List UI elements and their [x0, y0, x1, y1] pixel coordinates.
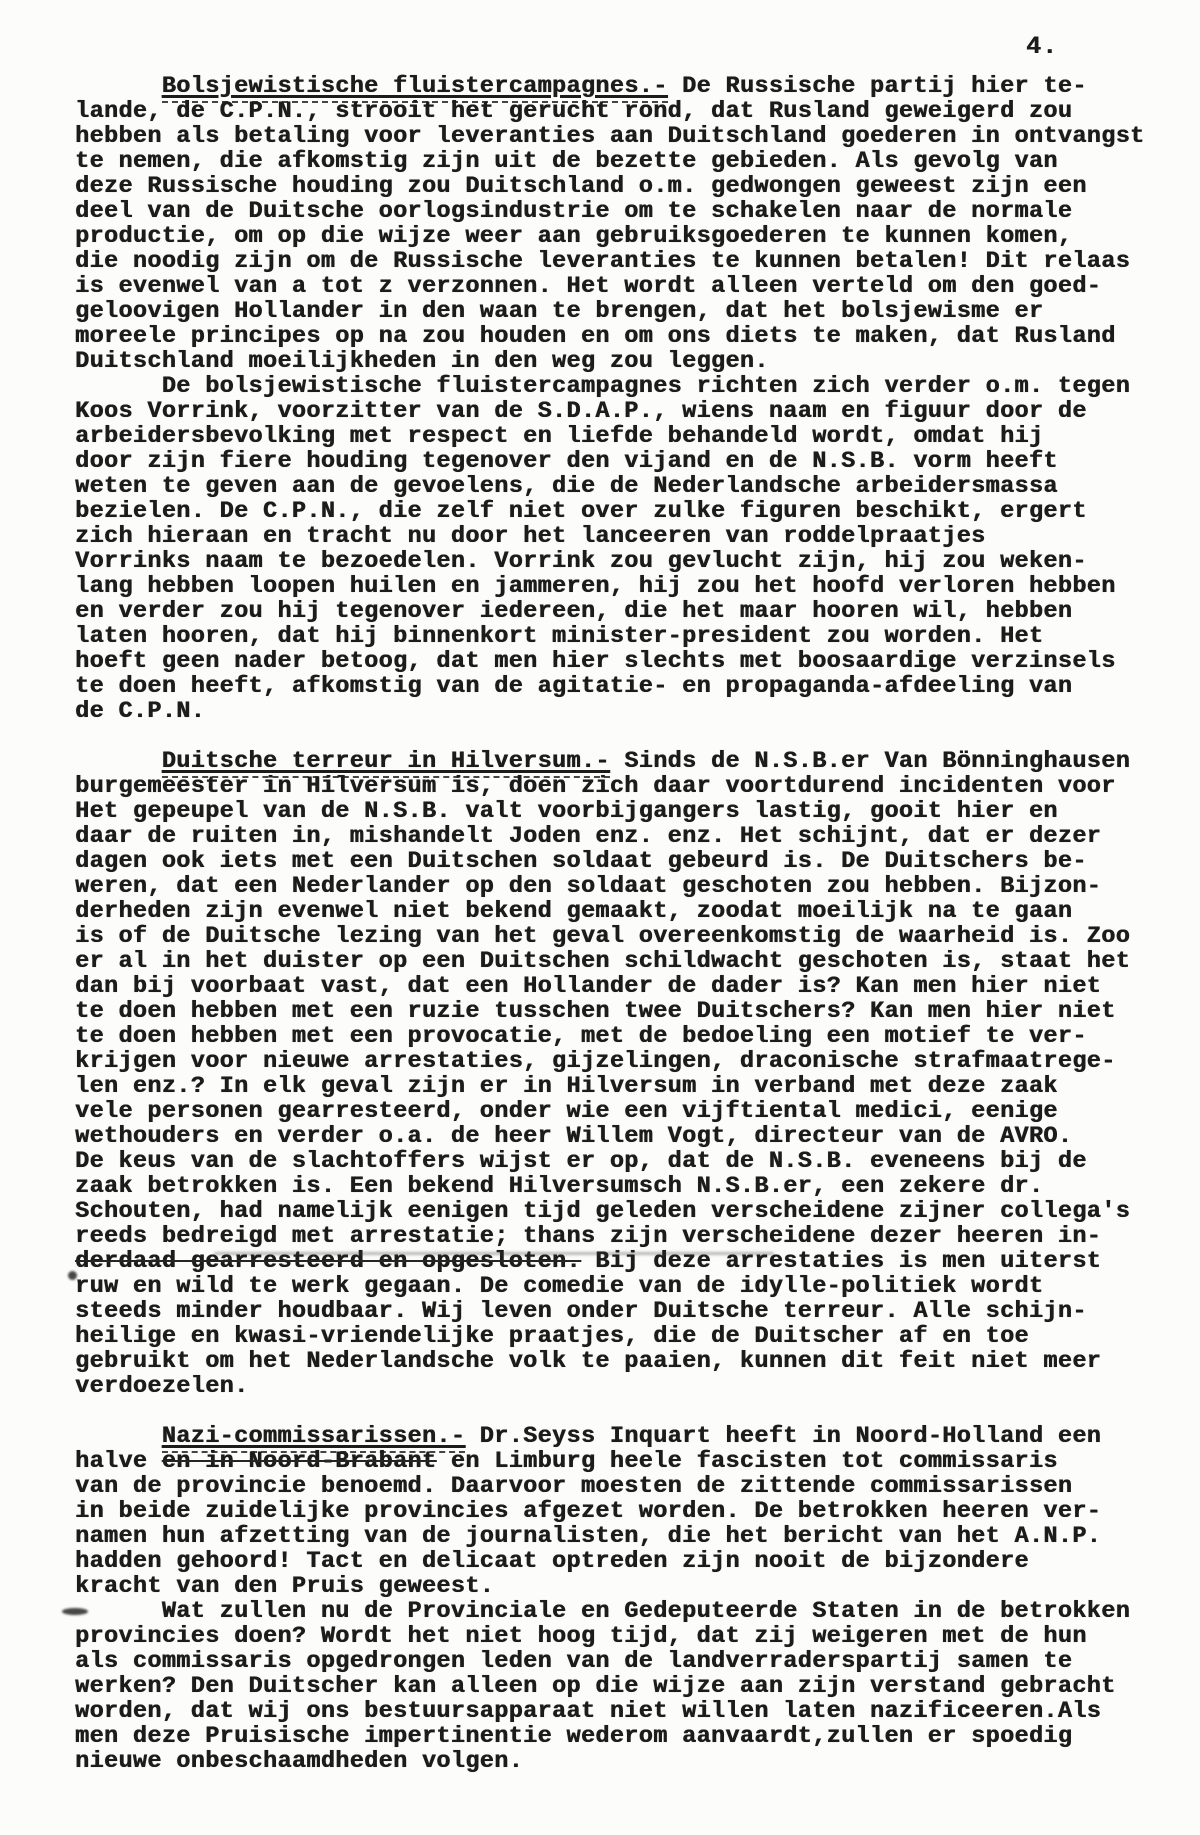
document-line: steeds minder houdbaar. Wij leven onder …	[75, 1299, 1175, 1324]
body-text: krijgen voor nieuwe arrestaties, gijzeli…	[75, 1048, 1116, 1075]
body-text: gebruikt om het Nederlandsche volk te pa…	[75, 1348, 1101, 1375]
body-text: men deze Pruisische impertinentie wedero…	[75, 1723, 1072, 1750]
document-line: De keus van de slachtoffers wijst er op,…	[75, 1149, 1175, 1174]
document-line: halve en in Noord-Brabant en Limburg hee…	[75, 1449, 1175, 1474]
document-line: hoeft geen nader betoog, dat men hier sl…	[75, 649, 1175, 674]
document-line: burgemeester in Hilversum is, doen zich …	[75, 774, 1175, 799]
body-text: is evenwel van a tot z verzonnen. Het wo…	[75, 273, 1101, 300]
body-text: steeds minder houdbaar. Wij leven onder …	[75, 1298, 1087, 1325]
document-line: te nemen, die afkomstig zijn uit de beze…	[75, 149, 1175, 174]
body-text	[75, 748, 162, 775]
document-line: productie, om op die wijze weer aan gebr…	[75, 224, 1175, 249]
document-line: len enz.? In elk geval zijn er in Hilver…	[75, 1074, 1175, 1099]
document-line: Duitsche terreur in Hilversum.- Sinds de…	[75, 749, 1175, 774]
body-text: die noodig zijn om de Russische leverant…	[75, 248, 1130, 275]
document-line: reeds bedreigd met arrestatie; thans zij…	[75, 1224, 1175, 1249]
body-text: te doen hebben met een ruzie tusschen tw…	[75, 998, 1116, 1025]
document-line: vele personen gearresteerd, onder wie ee…	[75, 1099, 1175, 1124]
document-line: geloovigen Hollander in den waan te bren…	[75, 299, 1175, 324]
document-line: verdoezelen.	[75, 1374, 1175, 1399]
body-text: dan bij voorbaat vast, dat een Hollander…	[75, 973, 1101, 1000]
document-line: is evenwel van a tot z verzonnen. Het wo…	[75, 274, 1175, 299]
ink-smudge	[62, 1608, 88, 1615]
body-text: geloovigen Hollander in den waan te bren…	[75, 298, 1043, 325]
body-text: zich hieraan en tracht nu door het lance…	[75, 523, 986, 550]
body-text: er al in het duister op een Duitschen sc…	[75, 948, 1130, 975]
body-text: verdoezelen.	[75, 1373, 248, 1400]
body-text: ruw en wild te werk gegaan. De comedie v…	[75, 1273, 1043, 1300]
body-text: Het gepeupel van de N.S.B. valt voorbijg…	[75, 798, 1058, 825]
document-line: namen hun afzetting van de journalisten,…	[75, 1524, 1175, 1549]
body-text: Schouten, had namelijk eenigen tijd gele…	[75, 1198, 1130, 1225]
document-line: krijgen voor nieuwe arrestaties, gijzeli…	[75, 1049, 1175, 1074]
document-line: bezielen. De C.P.N., die zelf niet over …	[75, 499, 1175, 524]
document-line: Bolsjewistische fluistercampagnes.- De R…	[75, 74, 1175, 99]
page-number: 4.	[1026, 32, 1058, 61]
body-text: hadden gehoord! Tact en delicaat optrede…	[75, 1548, 1029, 1575]
body-text	[75, 73, 162, 100]
body-text: nieuwe onbeschaamdheden volgen.	[75, 1748, 523, 1775]
body-text: en verder zou hij tegenover iedereen, di…	[75, 598, 1072, 625]
document-line: dagen ook iets met een Duitschen soldaat…	[75, 849, 1175, 874]
document-line: De bolsjewistische fluistercampagnes ric…	[75, 374, 1175, 399]
body-text: daar de ruiten in, mishandelt Joden enz.…	[75, 823, 1101, 850]
document-line: te doen hebben met een ruzie tusschen tw…	[75, 999, 1175, 1024]
document-line: heilige en kwasi-vriendelijke praatjes, …	[75, 1324, 1175, 1349]
document-line: moreele principes op na zou houden en om…	[75, 324, 1175, 349]
body-text: laten hooren, dat hij binnenkort ministe…	[75, 623, 1043, 650]
body-text: Vorrinks naam te bezoedelen. Vorrink zou…	[75, 548, 1087, 575]
body-text: deze Russische houding zou Duitschland o…	[75, 173, 1087, 200]
document-line: dan bij voorbaat vast, dat een Hollander…	[75, 974, 1175, 999]
document-line: deze Russische houding zou Duitschland o…	[75, 174, 1175, 199]
body-text	[75, 1423, 162, 1450]
body-text: te doen heeft, afkomstig van de agitatie…	[75, 673, 1072, 700]
body-text: te nemen, die afkomstig zijn uit de beze…	[75, 148, 1058, 175]
document-line: deel van de Duitsche oorlogsindustrie om…	[75, 199, 1175, 224]
body-text: productie, om op die wijze weer aan gebr…	[75, 223, 1072, 250]
body-text: dagen ook iets met een Duitschen soldaat…	[75, 848, 1087, 875]
document-line: lang hebben loopen huilen en jammeren, h…	[75, 574, 1175, 599]
body-text: lang hebben loopen huilen en jammeren, h…	[75, 573, 1116, 600]
body-text: weten te geven aan de gevoelens, die de …	[75, 473, 1058, 500]
body-text: zaak betrokken is. Een bekend Hilversums…	[75, 1173, 1043, 1200]
document-line: wethouders en verder o.a. de heer Willem…	[75, 1124, 1175, 1149]
body-text: hebben als betaling voor leveranties aan…	[75, 123, 1144, 150]
document-body: Bolsjewistische fluistercampagnes.- De R…	[75, 74, 1175, 1774]
document-line: hadden gehoord! Tact en delicaat optrede…	[75, 1549, 1175, 1574]
document-line: weren, dat een Nederlander op den soldaa…	[75, 874, 1175, 899]
document-line: te doen heeft, afkomstig van de agitatie…	[75, 674, 1175, 699]
ink-smudge	[68, 1271, 77, 1280]
body-text: heilige en kwasi-vriendelijke praatjes, …	[75, 1323, 1029, 1350]
body-text: De Russische partij hier te-	[668, 73, 1087, 100]
document-line: laten hooren, dat hij binnenkort ministe…	[75, 624, 1175, 649]
body-text: arbeidersbevolking met respect en liefde…	[75, 423, 1043, 450]
document-line: er al in het duister op een Duitschen sc…	[75, 949, 1175, 974]
document-line: arbeidersbevolking met respect en liefde…	[75, 424, 1175, 449]
document-line	[75, 724, 1175, 749]
body-text: worden, dat wij ons bestuursapparaat nie…	[75, 1698, 1101, 1725]
document-line: ruw en wild te werk gegaan. De comedie v…	[75, 1274, 1175, 1299]
body-text: van de provincie benoemd. Daarvoor moest…	[75, 1473, 1072, 1500]
body-text: burgemeester in Hilversum is, doen zich …	[75, 773, 1116, 800]
document-line: in beide zuidelijke provincies afgezet w…	[75, 1499, 1175, 1524]
document-line: kracht van den Pruis geweest.	[75, 1574, 1175, 1599]
document-line: de C.P.N.	[75, 699, 1175, 724]
body-text: Sinds de N.S.B.er Van Bönninghausen	[610, 748, 1130, 775]
document-line: Wat zullen nu de Provinciale en Gedepute…	[75, 1599, 1175, 1624]
body-text: hoeft geen nader betoog, dat men hier sl…	[75, 648, 1116, 675]
document-line: werken? Den Duitscher kan alleen op die …	[75, 1674, 1175, 1699]
document-line: daar de ruiten in, mishandelt Joden enz.…	[75, 824, 1175, 849]
body-text: wethouders en verder o.a. de heer Willem…	[75, 1123, 1072, 1150]
body-text: De bolsjewistische fluistercampagnes ric…	[75, 373, 1130, 400]
body-text: lande, de C.P.N., strooit het gerucht ro…	[75, 98, 1072, 125]
body-text: door zijn fiere houding tegenover den vi…	[75, 448, 1058, 475]
document-line: hebben als betaling voor leveranties aan…	[75, 124, 1175, 149]
body-text: reeds bedreigd met arrestatie; thans zij…	[75, 1223, 1101, 1250]
document-line: Schouten, had namelijk eenigen tijd gele…	[75, 1199, 1175, 1224]
overstruck-text: en in Noord-Brabant	[162, 1448, 437, 1475]
document-line: provincies doen? Wordt het niet hoog tij…	[75, 1624, 1175, 1649]
document-line: gebruikt om het Nederlandsche volk te pa…	[75, 1349, 1175, 1374]
document-page: 4. Bolsjewistische fluistercampagnes.- D…	[0, 0, 1200, 1835]
document-line: worden, dat wij ons bestuursapparaat nie…	[75, 1699, 1175, 1724]
body-text: in beide zuidelijke provincies afgezet w…	[75, 1498, 1101, 1525]
body-text: werken? Den Duitscher kan alleen op die …	[75, 1673, 1116, 1700]
document-line	[75, 1399, 1175, 1424]
document-line: door zijn fiere houding tegenover den vi…	[75, 449, 1175, 474]
body-text: is of de Duitsche lezing van het geval o…	[75, 923, 1130, 950]
document-line: Duitschland moeilijkheden in den weg zou…	[75, 349, 1175, 374]
document-line: men deze Pruisische impertinentie wedero…	[75, 1724, 1175, 1749]
body-text: len enz.? In elk geval zijn er in Hilver…	[75, 1073, 1058, 1100]
document-line: nieuwe onbeschaamdheden volgen.	[75, 1749, 1175, 1774]
document-line: is of de Duitsche lezing van het geval o…	[75, 924, 1175, 949]
document-line: zich hieraan en tracht nu door het lance…	[75, 524, 1175, 549]
body-text: en Limburg heele fascisten tot commissar…	[436, 1448, 1057, 1475]
body-text: als commissaris opgedrongen leden van de…	[75, 1648, 1072, 1675]
body-text: de C.P.N.	[75, 698, 205, 725]
body-text: kracht van den Pruis geweest.	[75, 1573, 494, 1600]
document-line: Koos Vorrink, voorzitter van de S.D.A.P.…	[75, 399, 1175, 424]
body-text: deel van de Duitsche oorlogsindustrie om…	[75, 198, 1072, 225]
document-line: Het gepeupel van de N.S.B. valt voorbijg…	[75, 799, 1175, 824]
body-text: Wat zullen nu de Provinciale en Gedepute…	[75, 1598, 1130, 1625]
body-text: weren, dat een Nederlander op den soldaa…	[75, 873, 1101, 900]
body-text: Duitschland moeilijkheden in den weg zou…	[75, 348, 769, 375]
body-text: moreele principes op na zou houden en om…	[75, 323, 1116, 350]
body-text: halve	[75, 1448, 162, 1475]
body-text: bezielen. De C.P.N., die zelf niet over …	[75, 498, 1087, 525]
body-text: derheden zijn evenwel niet bekend gemaak…	[75, 898, 1072, 925]
document-line: zaak betrokken is. Een bekend Hilversums…	[75, 1174, 1175, 1199]
document-line: Nazi-commissarissen.- Dr.Seyss Inquart h…	[75, 1424, 1175, 1449]
document-line: van de provincie benoemd. Daarvoor moest…	[75, 1474, 1175, 1499]
body-text: Koos Vorrink, voorzitter van de S.D.A.P.…	[75, 398, 1087, 425]
body-text: provincies doen? Wordt het niet hoog tij…	[75, 1623, 1087, 1650]
document-line: en verder zou hij tegenover iedereen, di…	[75, 599, 1175, 624]
document-line: weten te geven aan de gevoelens, die de …	[75, 474, 1175, 499]
ink-smudge	[214, 1252, 774, 1255]
document-line: die noodig zijn om de Russische leverant…	[75, 249, 1175, 274]
document-line: lande, de C.P.N., strooit het gerucht ro…	[75, 99, 1175, 124]
body-text: namen hun afzetting van de journalisten,…	[75, 1523, 1101, 1550]
document-line: derheden zijn evenwel niet bekend gemaak…	[75, 899, 1175, 924]
document-line: te doen hebben met een provocatie, met d…	[75, 1024, 1175, 1049]
document-line: als commissaris opgedrongen leden van de…	[75, 1649, 1175, 1674]
body-text: De keus van de slachtoffers wijst er op,…	[75, 1148, 1087, 1175]
body-text: Dr.Seyss Inquart heeft in Noord-Holland …	[465, 1423, 1101, 1450]
document-line: Vorrinks naam te bezoedelen. Vorrink zou…	[75, 549, 1175, 574]
body-text: te doen hebben met een provocatie, met d…	[75, 1023, 1087, 1050]
body-text: vele personen gearresteerd, onder wie ee…	[75, 1098, 1058, 1125]
